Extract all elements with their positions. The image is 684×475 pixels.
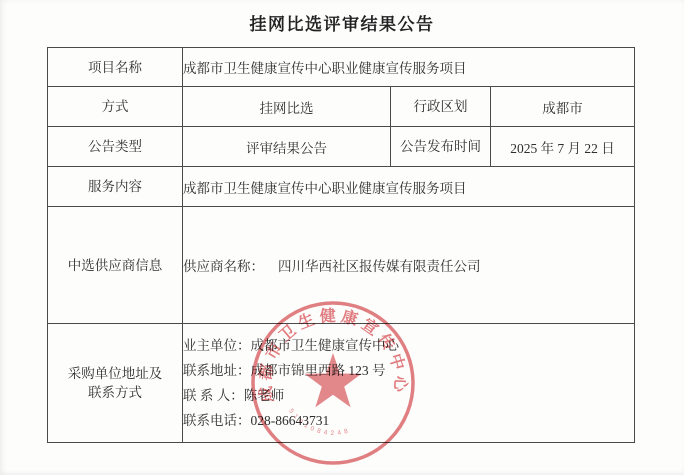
owner-unit-line: 业主单位：成都市卫生健康宣传中心 xyxy=(183,333,634,358)
project-name-value: 成都市卫生健康宣传中心职业健康宣传服务项目 xyxy=(183,48,635,87)
publish-time-label: 公告发布时间 xyxy=(391,127,491,167)
contact-phone-line: 联系电话：028-86643731 xyxy=(183,408,634,433)
method-value: 挂网比选 xyxy=(183,87,391,127)
purchaser-contact-label-line1: 采购单位地址及 xyxy=(48,364,182,383)
contact-address-line: 联系地址：成都市锦里西路 123 号 xyxy=(183,358,634,383)
supplier-name-value: 四川华西社区报传媒有限责任公司 xyxy=(278,259,481,274)
service-content-label: 服务内容 xyxy=(48,167,183,207)
supplier-field-label: 供应商名称： xyxy=(183,259,264,274)
table-row-purchaser-contact: 采购单位地址及 联系方式 业主单位：成都市卫生健康宣传中心 联系地址：成都市锦里… xyxy=(48,324,635,443)
contact-person-line: 联 系 人：陈老师 xyxy=(183,383,634,408)
project-name-label: 项目名称 xyxy=(48,48,183,87)
purchaser-contact-cell: 业主单位：成都市卫生健康宣传中心 联系地址：成都市锦里西路 123 号 联 系 … xyxy=(183,324,635,443)
result-table: 项目名称 成都市卫生健康宣传中心职业健康宣传服务项目 方式 挂网比选 行政区划 … xyxy=(47,47,635,443)
service-content-value: 成都市卫生健康宣传中心职业健康宣传服务项目 xyxy=(183,167,635,207)
region-value: 成都市 xyxy=(491,87,635,127)
selected-supplier-cell: 供应商名称：四川华西社区报传媒有限责任公司 xyxy=(183,207,635,324)
region-label: 行政区划 xyxy=(391,87,491,127)
purchaser-contact-label: 采购单位地址及 联系方式 xyxy=(48,324,183,443)
page-title: 挂网比选评审结果公告 xyxy=(0,10,684,35)
announcement-type-label: 公告类型 xyxy=(48,127,183,167)
table-row-selected-supplier: 中选供应商信息 供应商名称：四川华西社区报传媒有限责任公司 xyxy=(48,207,635,324)
table-row-project-name: 项目名称 成都市卫生健康宣传中心职业健康宣传服务项目 xyxy=(48,48,635,87)
announcement-type-value: 评审结果公告 xyxy=(183,127,391,167)
purchaser-contact-label-line2: 联系方式 xyxy=(48,383,182,402)
method-label: 方式 xyxy=(48,87,183,127)
announcement-document: 挂网比选评审结果公告 项目名称 成都市卫生健康宣传中心职业健康宣传服务项目 方式… xyxy=(0,0,684,475)
selected-supplier-label: 中选供应商信息 xyxy=(48,207,183,324)
table-row-service-content: 服务内容 成都市卫生健康宣传中心职业健康宣传服务项目 xyxy=(48,167,635,207)
publish-time-value: 2025 年 7 月 22 日 xyxy=(491,127,635,167)
table-row-announcement-type: 公告类型 评审结果公告 公告发布时间 2025 年 7 月 22 日 xyxy=(48,127,635,167)
table-row-method: 方式 挂网比选 行政区划 成都市 xyxy=(48,87,635,127)
